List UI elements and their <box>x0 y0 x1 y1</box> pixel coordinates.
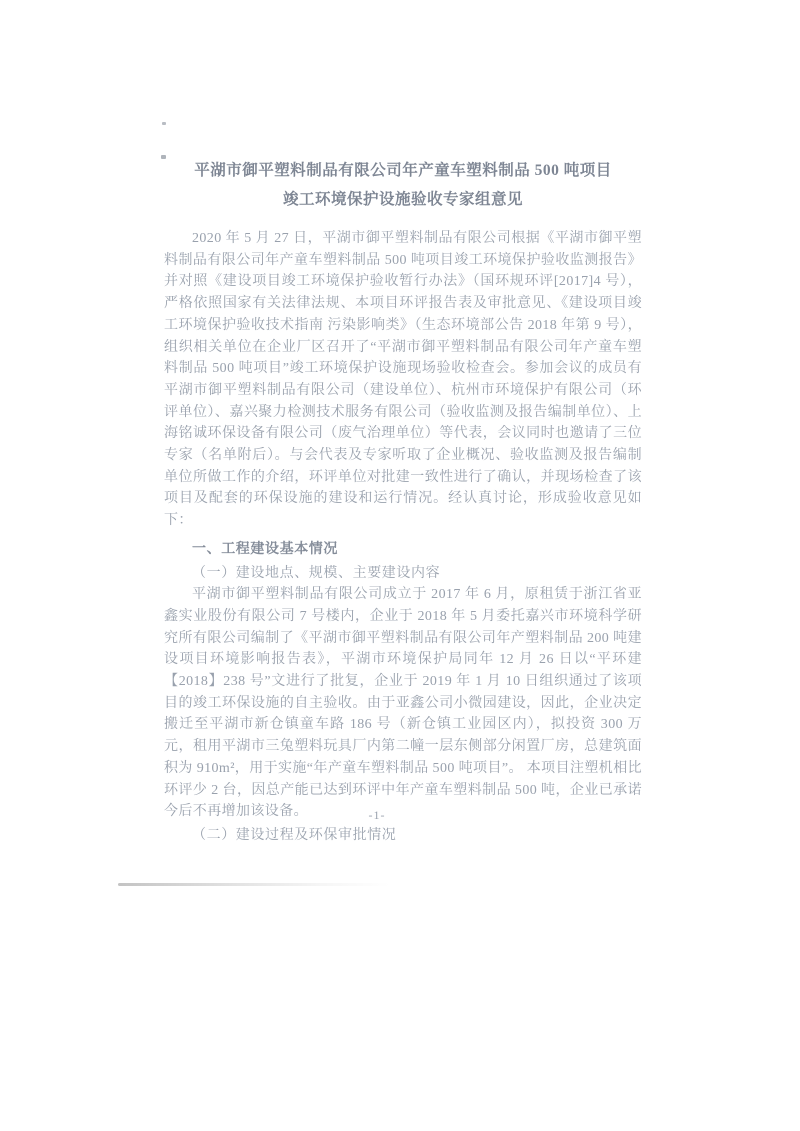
page-number: -1- <box>0 808 754 823</box>
subsection-heading-location-scale: （一）建设地点、规模、主要建设内容 <box>164 563 642 585</box>
section-heading-project-basics: 一、工程建设基本情况 <box>164 539 642 561</box>
document-content: 平湖市御平塑料制品有限公司年产童车塑料制品 500 吨项目 竣工环境保护设施验收… <box>164 156 642 847</box>
scan-speck-artifact <box>162 122 166 125</box>
paragraph-meeting-overview: 2020 年 5 月 27 日，平湖市御平塑料制品有限公司根据《平湖市御平塑料制… <box>164 228 642 532</box>
paragraph-company-construction: 平湖市御平塑料制品有限公司成立于 2017 年 6 月，原租赁于浙江省亚鑫实业股… <box>164 584 642 823</box>
subsection-heading-approval-process: （二）建设过程及环保审批情况 <box>164 825 642 847</box>
scanned-document-page: 平湖市御平塑料制品有限公司年产童车塑料制品 500 吨项目 竣工环境保护设施验收… <box>0 0 800 1131</box>
document-title-line2: 竣工环境保护设施验收专家组意见 <box>164 185 642 214</box>
document-title-line1: 平湖市御平塑料制品有限公司年产童车塑料制品 500 吨项目 <box>164 156 642 185</box>
scan-streak-artifact <box>118 883 390 886</box>
